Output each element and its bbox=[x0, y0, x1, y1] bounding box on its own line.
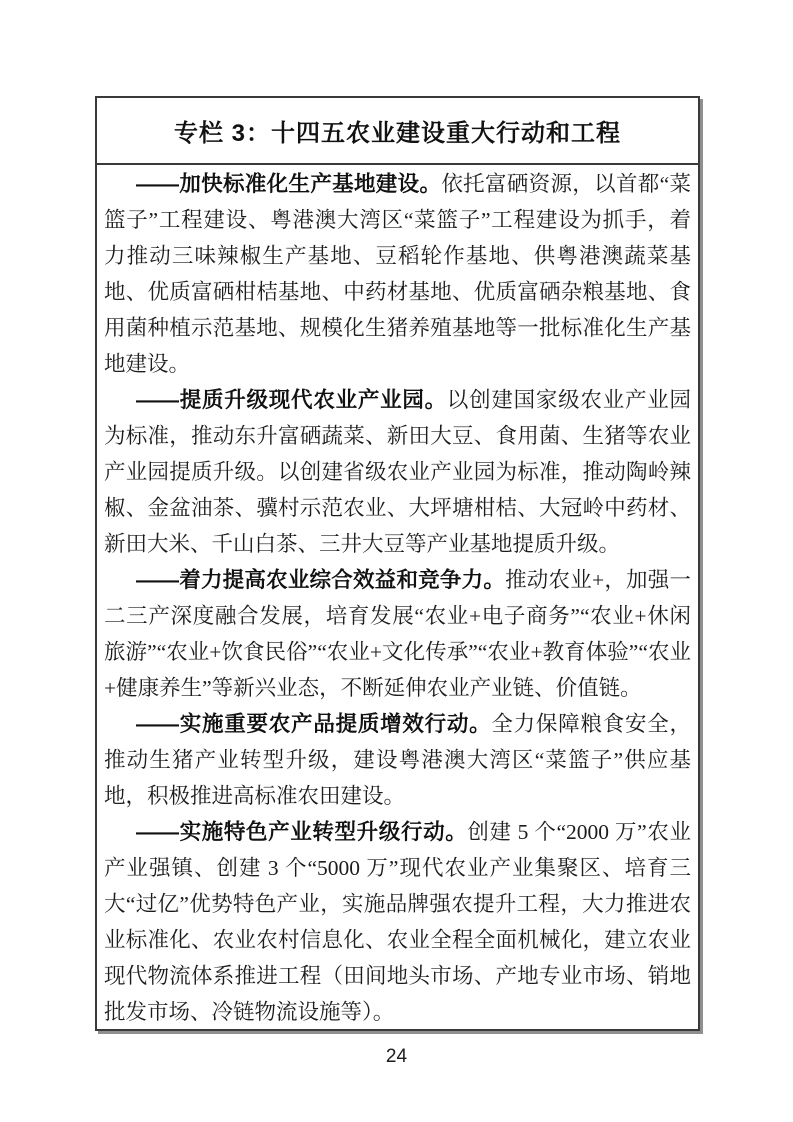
page-number: 24 bbox=[0, 1046, 793, 1068]
paragraph-text: 以创建国家级农业产业园为标准，推动东升富硒蔬菜、新田大豆、食用菌、生猪等农业产业… bbox=[104, 388, 691, 556]
panel-body: ——加快标准化生产基地建设。依托富硒资源，以首都“菜篮子”工程建设、粤港澳大湾区… bbox=[97, 165, 698, 1031]
panel-title: 专栏 3：十四五农业建设重大行动和工程 bbox=[97, 98, 698, 165]
paragraph-head: ——实施特色产业转型升级行动。 bbox=[136, 820, 467, 844]
paragraph: ——加快标准化生产基地建设。依托富硒资源，以首都“菜篮子”工程建设、粤港澳大湾区… bbox=[104, 166, 691, 382]
paragraph: ——提质升级现代农业产业园。以创建国家级农业产业园为标准，推动东升富硒蔬菜、新田… bbox=[104, 382, 691, 562]
paragraph-head: ——提质升级现代农业产业园。 bbox=[136, 388, 447, 412]
paragraph: ——实施新型经营主体提升行动。培育过亿元的产业标杆龙 bbox=[104, 1030, 691, 1031]
paragraph-head: ——加快标准化生产基地建设。 bbox=[136, 172, 441, 196]
paragraph-text: 创建 5 个“2000 万”农业产业强镇、创建 3 个“5000 万”现代农业产… bbox=[104, 820, 691, 1024]
paragraph: ——着力提高农业综合效益和竞争力。推动农业+，加强一二三产深度融合发展，培育发展… bbox=[104, 562, 691, 706]
paragraph: ——实施重要农产品提质增效行动。全力保障粮食安全，推动生猪产业转型升级，建设粤港… bbox=[104, 706, 691, 814]
feature-box: 专栏 3：十四五农业建设重大行动和工程 ——加快标准化生产基地建设。依托富硒资源… bbox=[95, 96, 700, 1031]
paragraph: ——实施特色产业转型升级行动。创建 5 个“2000 万”农业产业强镇、创建 3… bbox=[104, 814, 691, 1030]
paragraph-head: ——实施重要农产品提质增效行动。 bbox=[136, 712, 491, 736]
document-page: 专栏 3：十四五农业建设重大行动和工程 ——加快标准化生产基地建设。依托富硒资源… bbox=[0, 0, 793, 1122]
paragraph-head: ——着力提高农业综合效益和竞争力。 bbox=[136, 568, 505, 592]
paragraph-text: 依托富硒资源，以首都“菜篮子”工程建设、粤港澳大湾区“菜篮子”工程建设为抓手，着… bbox=[104, 172, 691, 376]
